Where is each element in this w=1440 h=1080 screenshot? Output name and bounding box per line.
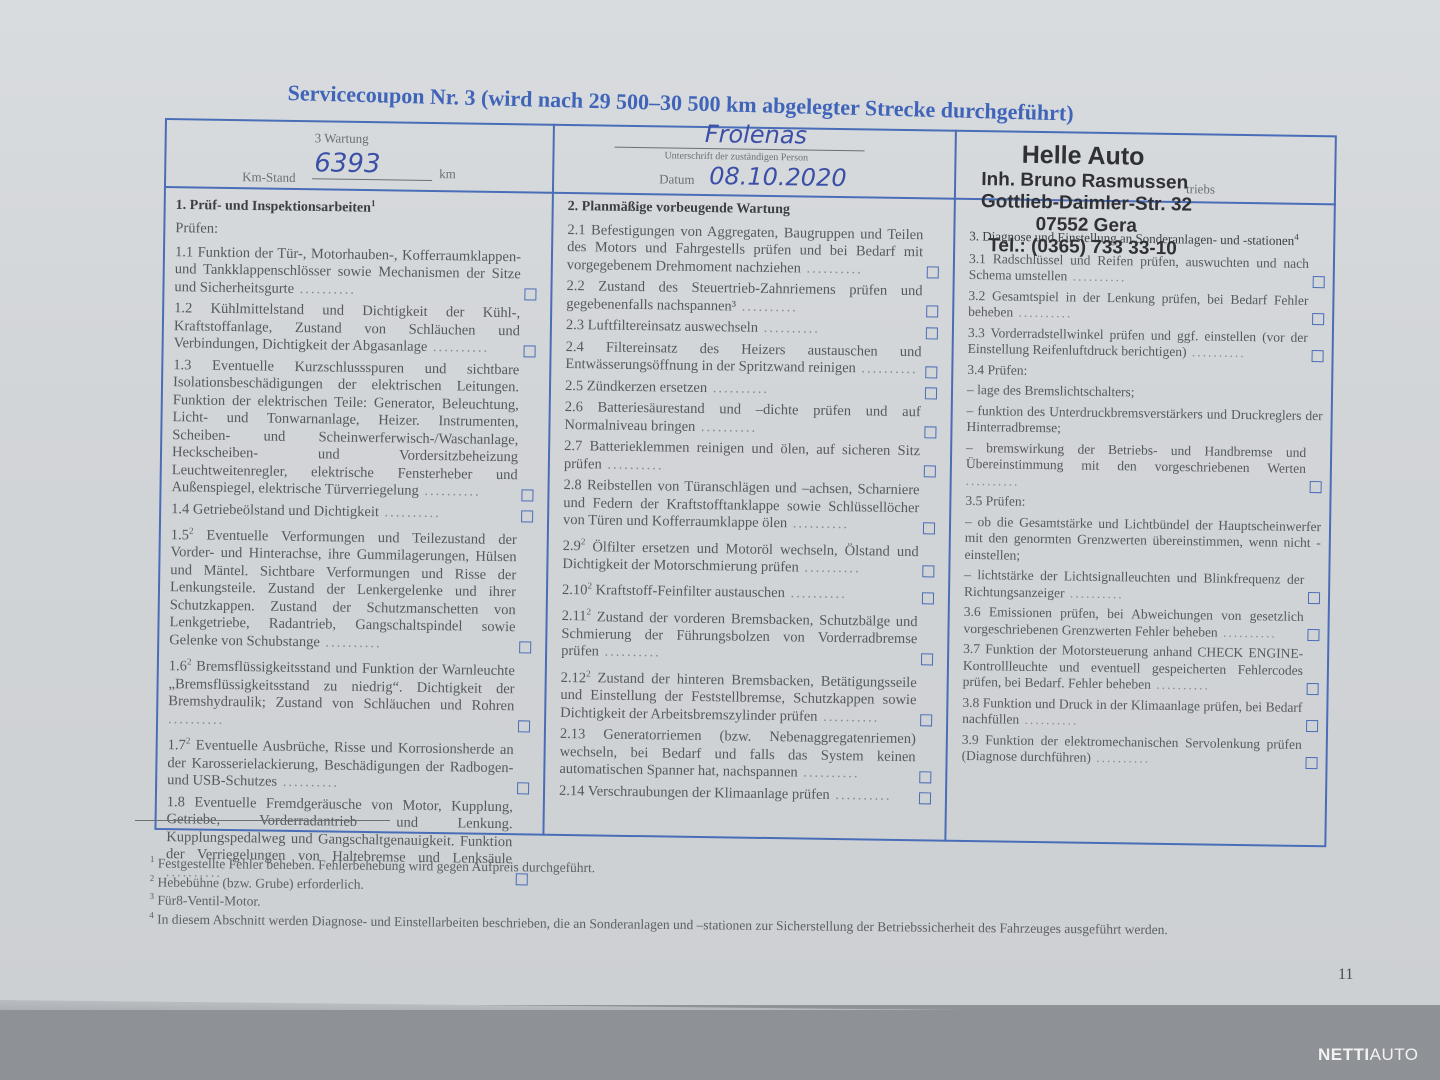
item-number: 3.4 — [967, 362, 984, 377]
checklist-item: 2.92 Ölfilter ersetzen und Motoröl wechs… — [562, 533, 935, 578]
item-number: 2.13 — [560, 726, 586, 742]
checkbox[interactable] — [926, 327, 938, 339]
checklist-item: 3.6 Emissionen prüfen, bei Abweichungen … — [963, 604, 1319, 642]
checklist-item: – bremswirkung der Betriebs- und Handbre… — [966, 440, 1323, 495]
item-number: 2.14 — [559, 783, 585, 799]
item-text: Generatorriemen (bzw. Nebenaggregatenrie… — [559, 727, 916, 781]
item-text: Funktion und Druck in der Klimaanlage pr… — [962, 695, 1302, 727]
item-number: 2.122 — [561, 670, 591, 686]
stamp-city: 07552 Gera — [1035, 214, 1192, 239]
item-number: 3.5 — [965, 493, 982, 508]
item-number: 1.72 — [168, 737, 191, 753]
stamp-phone: Tel.: (0365) 733 33-10 — [988, 235, 1192, 261]
item-number: 2.5 — [565, 377, 583, 393]
checkbox[interactable] — [1305, 757, 1317, 769]
checklist-item: 2.2 Zustand des Steuertrieb-Zahnriemens … — [566, 278, 938, 319]
checkbox[interactable] — [517, 782, 529, 794]
checklist-item: 3.5 Prüfen: — [965, 493, 1321, 515]
checklist-item: 2.7 Batterieklemmen reinigen und ölen, a… — [564, 438, 936, 479]
checkbox[interactable] — [1312, 350, 1324, 362]
checklist-item: 3.4 Prüfen: — [967, 362, 1323, 384]
checkbox[interactable] — [1313, 276, 1325, 288]
item-text: – lichtstärke der Lichtsignalleuchten un… — [964, 567, 1304, 600]
item-text: Verschraubungen der Klimaanlage prüfen — [584, 783, 830, 803]
checklist-item: 1.52 Eventuelle Verformungen und Teilezu… — [169, 522, 533, 655]
item-number: 2.6 — [565, 399, 583, 415]
section-diagnosis: 3. Diagnose und Einstellung an Sonderanl… — [961, 204, 1325, 774]
section-maintenance: 2. Planmäßige vorbeugende Wartung 2.1 Be… — [559, 198, 940, 810]
item-text: – bremswirkung der Betriebs- und Handbre… — [966, 440, 1306, 477]
item-text: Vorderradstellwinkel prüfen und ggf. ein… — [968, 325, 1308, 359]
footnote-rule — [135, 820, 390, 821]
maintenance-label: 3 Wartung — [315, 130, 369, 147]
checkbox[interactable] — [521, 510, 533, 522]
checkbox[interactable] — [920, 715, 932, 727]
item-text: Bremsflüssigkeitsstand und Funktion der … — [168, 659, 515, 715]
checkbox[interactable] — [1308, 592, 1320, 604]
checklist-item: 1.4 Getriebeölstand und Dichtigkeit ....… — [171, 501, 533, 524]
section-intro: Prüfen: — [175, 220, 537, 243]
checklist-item: 3.9 Funktion der elektromechanischen Ser… — [961, 732, 1317, 770]
checklist-item: – funktion des Unterdruckbremsverstärker… — [966, 403, 1322, 441]
header-signature-cell: Frolenas Unterschrift der zuständigen Pe… — [554, 124, 955, 198]
item-text: Luftfiltereinsatz auswechseln — [584, 317, 758, 336]
background-surface — [0, 1010, 1440, 1080]
checkbox[interactable] — [518, 721, 530, 733]
checkbox[interactable] — [922, 566, 934, 578]
item-text: – lage des Bremslichtschalters; — [967, 382, 1135, 399]
checkbox[interactable] — [919, 771, 931, 783]
checklist-item: 3.3 Vorderradstellwinkel prüfen und ggf.… — [968, 325, 1324, 363]
stamp-street: Gottlieb-Daimler-Str. 32 — [981, 191, 1193, 217]
page-number: 11 — [1338, 966, 1353, 984]
item-number: 2.4 — [566, 338, 584, 354]
checkbox[interactable] — [1312, 313, 1324, 325]
checklist-item: 2.112 Zustand der vorderen Bremsbacken, … — [561, 604, 934, 667]
checklist-item: 2.102 Kraftstoff-Feinfilter austauschen … — [562, 577, 934, 605]
item-number: 2.112 — [562, 608, 592, 624]
item-text: Prüfen: — [984, 362, 1027, 378]
item-text: Kraftstoff-Feinfilter austauschen — [592, 583, 785, 602]
item-text: Zündkerzen ersetzen — [583, 378, 707, 396]
item-text: Eventuelle Verformungen und Teilezustand… — [169, 527, 517, 650]
checkbox[interactable] — [921, 653, 933, 665]
checklist-item: – ob die Gesamtstärke und Lichtbündel de… — [964, 514, 1321, 569]
date-label: Datum — [659, 171, 695, 188]
item-number: 2.3 — [566, 317, 584, 333]
item-number: 3.3 — [968, 325, 985, 340]
km-value: 6393 — [314, 148, 381, 179]
item-text: – ob die Gesamtstärke und Lichtbündel de… — [965, 514, 1322, 563]
checklist-item: – lichtstärke der Lichtsignalleuchten un… — [964, 567, 1320, 605]
item-number: 1.3 — [173, 357, 191, 373]
item-number: 3.6 — [964, 604, 981, 619]
checklist-item: 3.7 Funktion der Motorsteuerung anhand C… — [963, 641, 1320, 696]
workshop-stamp: Helle Auto Inh. Bruno Rasmussen Gottlieb… — [980, 140, 1193, 261]
item-text: – funktion des Unterdruckbremsverstärker… — [966, 403, 1322, 436]
km-unit: km — [439, 166, 456, 182]
item-text: Reibstellen von Türanschlägen und –achse… — [563, 477, 920, 531]
checklist-item: 2.13 Generatorriemen (bzw. Nebenaggregat… — [559, 726, 932, 784]
checklist-item: 2.4 Filtereinsatz des Heizers austausche… — [565, 338, 937, 379]
checklist-item: 2.6 Batteriesäurestand und –dichte prüfe… — [564, 399, 936, 440]
item-number: 3.8 — [962, 695, 979, 710]
checkbox[interactable] — [924, 426, 936, 438]
checklist-item: 2.122 Zustand der hinteren Bremsbacken, … — [560, 665, 933, 728]
checkbox[interactable] — [521, 489, 533, 501]
checklist-item: 2.5 Zündkerzen ersetzen .......... — [565, 377, 937, 400]
checklist-item: 2.14 Verschraubungen der Klimaanlage prü… — [559, 783, 931, 806]
section-heading: 1. Prüf- und Inspektionsarbeiten1 — [176, 192, 538, 220]
checklist-item: 3.8 Funktion und Druck in der Klimaanlag… — [962, 695, 1318, 733]
checklist-item: – lage des Bremslichtschalters; — [967, 382, 1323, 404]
item-number: 3.7 — [963, 641, 980, 656]
item-number: 1.62 — [169, 658, 192, 674]
item-text: Befestigungen von Aggregaten, Baugruppen… — [567, 222, 924, 276]
watermark-logo: NETTIAUTO — [1318, 1045, 1419, 1065]
item-number: 3.9 — [962, 732, 979, 747]
checkbox[interactable] — [524, 289, 536, 301]
checkbox[interactable] — [925, 387, 937, 399]
checklist-item: 1.62 Bremsflüssigkeitsstand und Funktion… — [168, 654, 531, 734]
item-number: 1.52 — [171, 527, 194, 543]
item-number: 1.1 — [175, 244, 193, 260]
checkbox[interactable] — [927, 266, 939, 278]
item-number: 1.8 — [167, 794, 185, 810]
item-text: Eventuelle Kurzschlussspuren und sichtba… — [171, 357, 519, 499]
item-number: 3.2 — [968, 288, 985, 303]
stamp-name: Helle Auto — [1021, 141, 1193, 173]
checkbox[interactable] — [519, 642, 531, 654]
checkbox[interactable] — [926, 305, 938, 317]
checklist-item: 1.3 Eventuelle Kurzschlussspuren und sic… — [171, 357, 535, 502]
checkbox[interactable] — [523, 345, 535, 357]
checkbox[interactable] — [925, 366, 937, 378]
item-text: Getriebeölstand und Dichtigkeit — [189, 501, 379, 520]
item-number: 1.4 — [171, 501, 189, 517]
section-inspection: 1. Prüf- und Inspektionsarbeiten1 Prüfen… — [166, 192, 538, 890]
item-text: Funktion der Motorsteuerung anhand CHECK… — [963, 641, 1304, 692]
item-number: 2.7 — [564, 438, 582, 454]
item-text: Eventuelle Ausbrüche, Risse und Korrosio… — [167, 738, 514, 790]
km-label: Km-Stand — [242, 169, 296, 186]
item-text: Ölfilter ersetzen und Motoröl wechseln, … — [562, 539, 918, 576]
footnotes: 1 Festgestellte Fehler beheben. Fehlerbe… — [149, 852, 1168, 937]
item-number: 1.2 — [174, 300, 192, 316]
item-number: 2.102 — [562, 582, 592, 598]
checklist-item: 3.2 Gesamtspiel in der Lenkung prüfen, b… — [968, 288, 1324, 326]
checklist-item: 1.2 Kühlmittelstand und Dichtigkeit der … — [174, 300, 537, 358]
checkbox[interactable] — [1310, 481, 1322, 493]
checklist-item: 2.3 Luftfiltereinsatz auswechseln ......… — [566, 317, 938, 340]
checkbox[interactable] — [1306, 720, 1318, 732]
item-number: 2.8 — [563, 477, 581, 493]
checkbox[interactable] — [924, 465, 936, 477]
checklist-item: 2.8 Reibstellen von Türanschlägen und –a… — [563, 477, 936, 535]
checklist-item: 2.1 Befestigungen von Aggregaten, Baugru… — [567, 221, 940, 279]
date-value: 08.10.2020 — [709, 162, 847, 192]
item-text: Prüfen: — [982, 493, 1025, 509]
checkbox[interactable] — [1307, 683, 1319, 695]
item-number: 2.1 — [567, 221, 585, 237]
header-km-cell: 3 Wartung Km-Stand 6393 km — [164, 118, 553, 192]
item-number: 2.92 — [563, 538, 586, 554]
signature: Frolenas — [705, 120, 808, 150]
checkbox[interactable] — [919, 793, 931, 805]
checklist-item: 1.72 Eventuelle Ausbrüche, Risse und Kor… — [167, 732, 530, 795]
checkbox[interactable] — [922, 592, 934, 604]
booklet-page: Servicecoupon Nr. 3 (wird nach 29 500–30… — [0, 0, 1440, 1005]
checkbox[interactable] — [923, 522, 935, 534]
checkbox[interactable] — [1307, 629, 1319, 641]
item-number: 2.2 — [566, 278, 584, 294]
checklist-item: 1.1 Funktion der Tür-, Motorhauben-, Kof… — [174, 244, 537, 302]
